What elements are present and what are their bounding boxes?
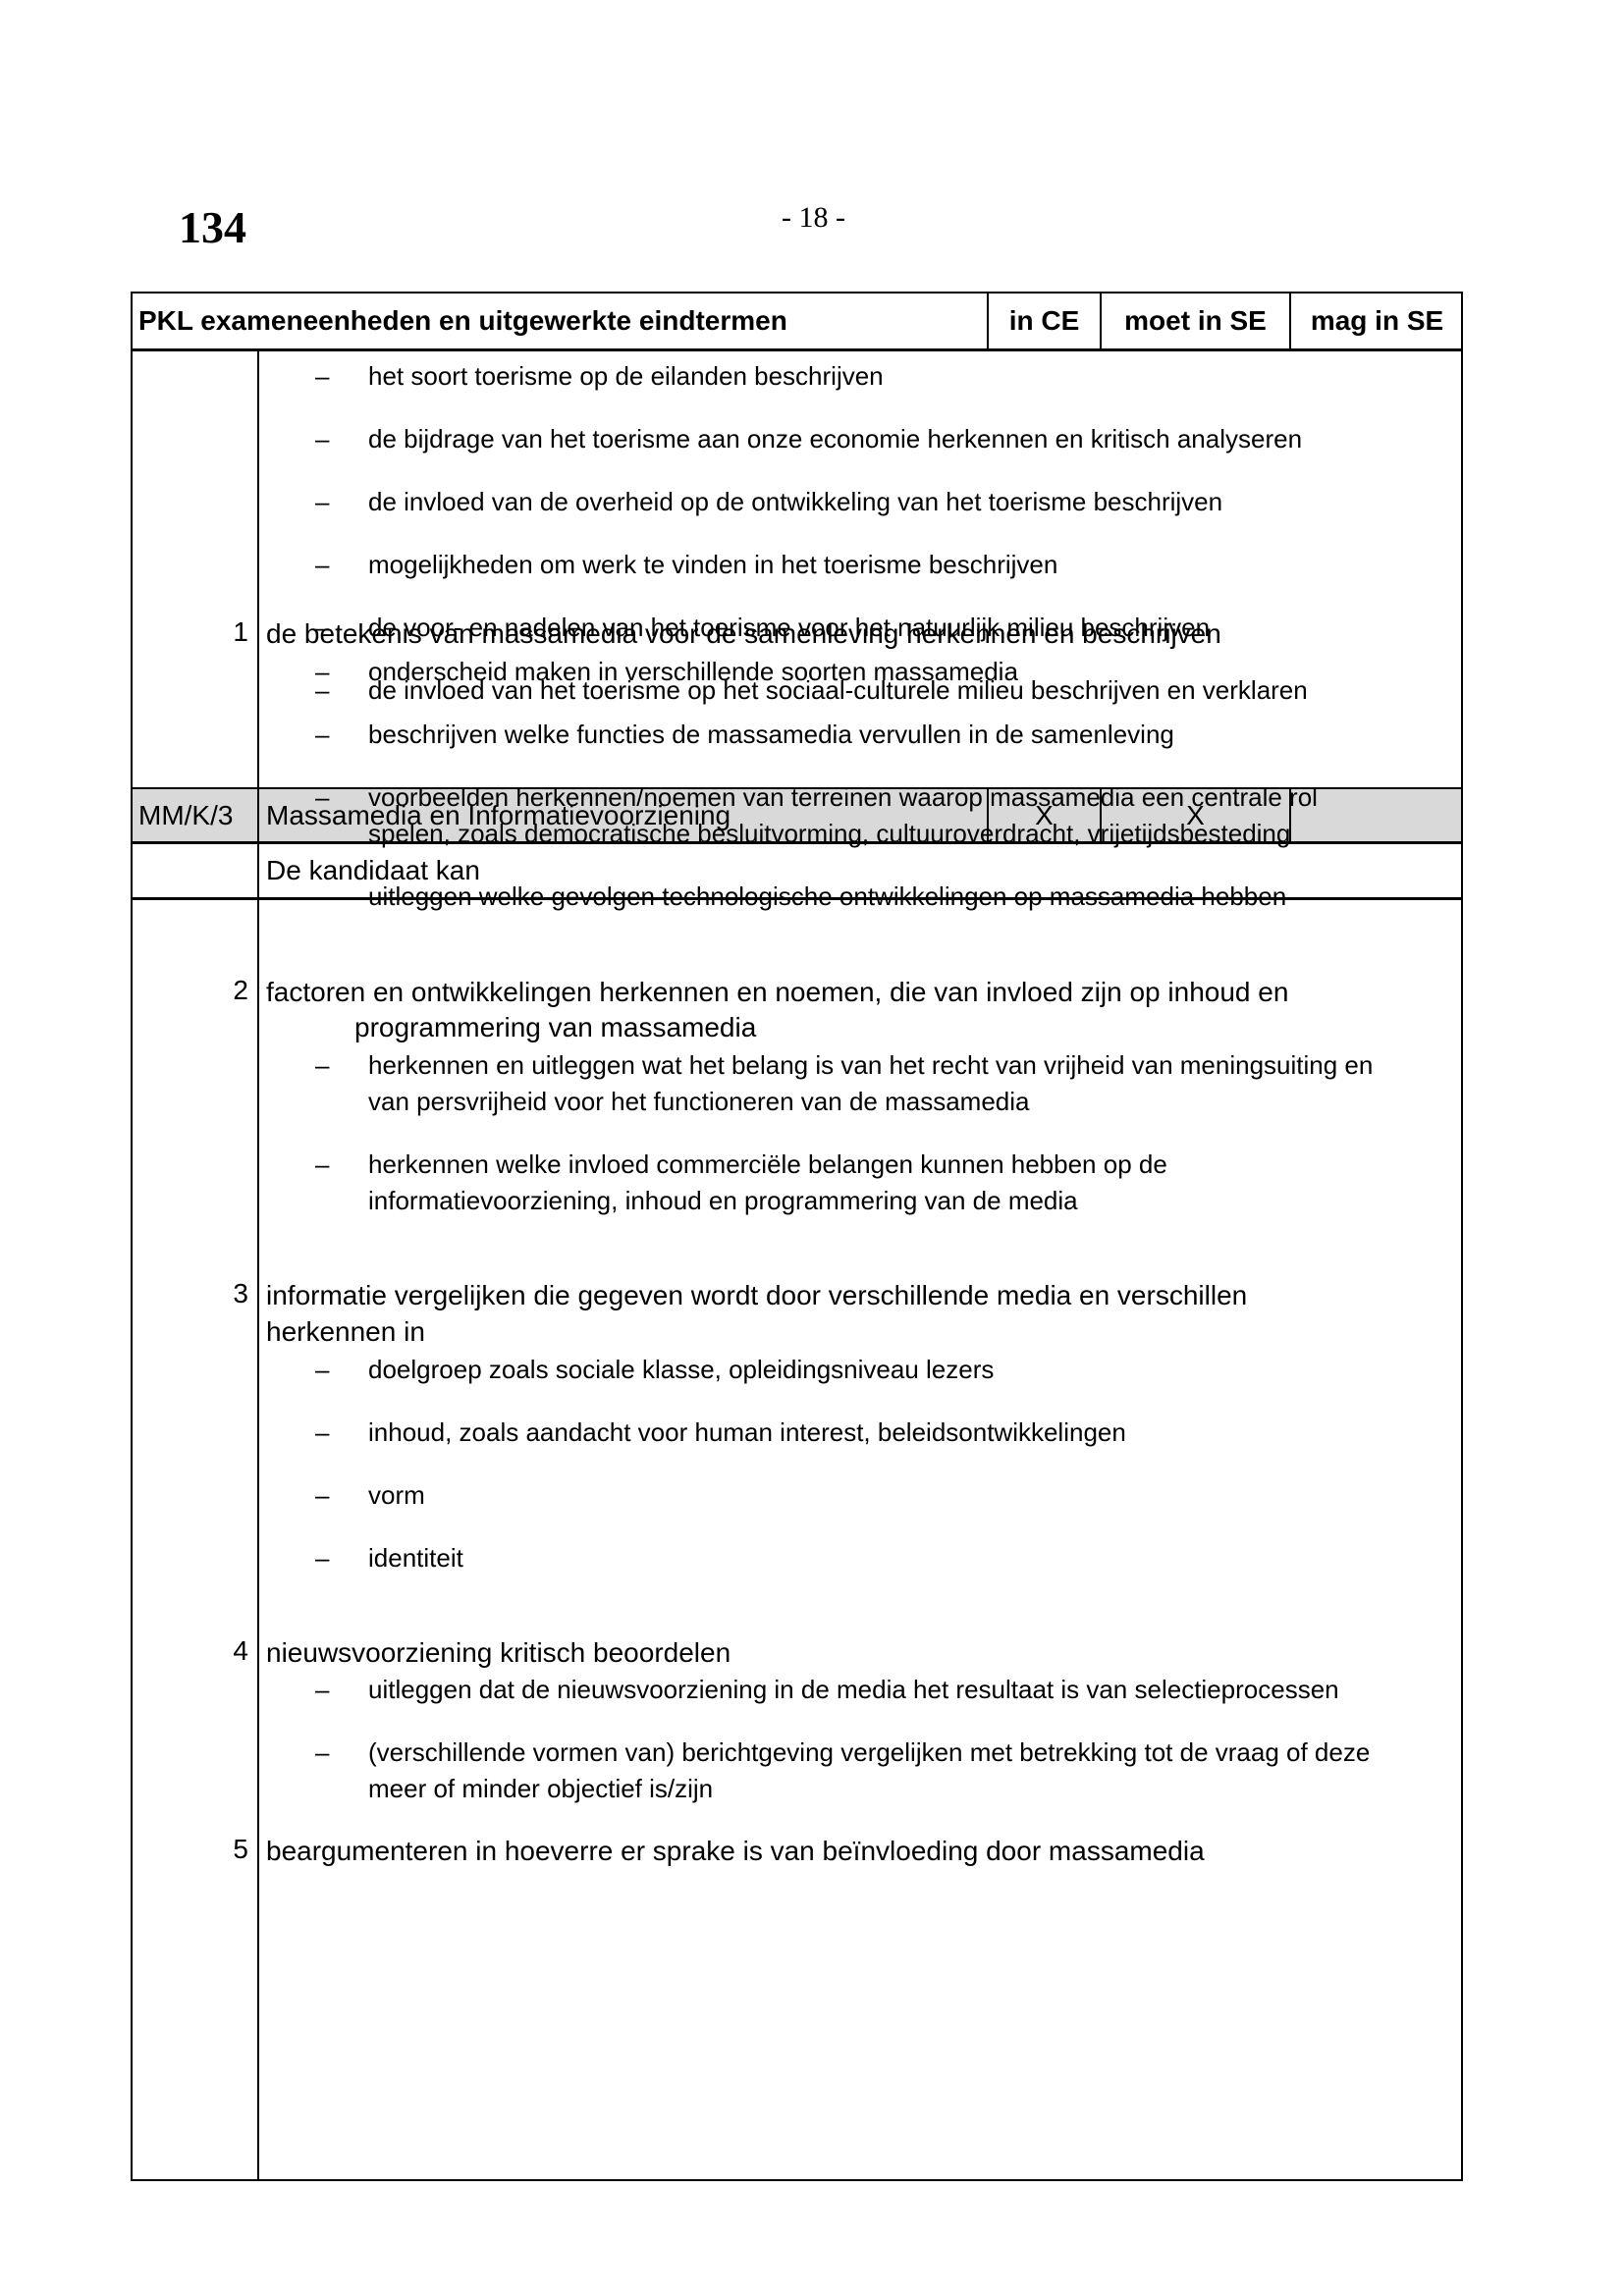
page-number: 134 [179,201,246,253]
dash-bullet: – [315,1352,335,1388]
sub-page-number: - 18 - [782,201,845,235]
dash-bullet: – [315,779,335,816]
item-title: de betekenis van massamedia voor de same… [266,616,1444,652]
dash-bullet: – [315,1477,335,1514]
header-mag-in-se: mag in SE [1291,294,1463,348]
eindtermen-table: PKL exameneenheden en uitgewerkte eindte… [131,292,1463,2181]
bullet-text: voorbeelden herkennen/noemen van terrein… [368,779,1448,816]
unit-code: MM/K/3 [138,789,256,841]
bullet-text: inhoud, zoals aandacht voor human intere… [368,1415,1448,1451]
item-number: 5 [133,1834,248,1865]
bullet-text: mogelijkheden om werk te vinden in het t… [368,547,1448,583]
dash-bullet: – [315,358,335,395]
dash-bullet: – [315,1735,335,1771]
item-title-cont: programmering van massamedia [266,1010,1533,1045]
dash-bullet: – [315,1415,335,1451]
bullet-text: beschrijven welke functies de massamedia… [368,717,1448,753]
bullet-text: de invloed van de overheid op de ontwikk… [368,484,1448,520]
bullet-text: herkennen welke invloed commerciële bela… [368,1147,1448,1183]
bullet-text: (verschillende vormen van) berichtgeving… [368,1735,1448,1771]
bullet-text: spelen, zoals democratische besluitvormi… [368,816,1448,852]
dash-bullet: – [315,654,335,690]
bullet-text: van persvrijheid voor het functioneren v… [368,1084,1448,1120]
bullet-text: vorm [368,1477,1448,1514]
bullet-text: het soort toerisme op de eilanden beschr… [368,358,1448,395]
dash-bullet: – [315,484,335,520]
header-in-ce: in CE [989,294,1100,348]
dash-bullet: – [315,879,335,915]
bullet-text: meer of minder objectief is/zijn [368,1771,1448,1807]
header-title: PKL exameneenheden en uitgewerkte eindte… [138,294,983,348]
dash-bullet: – [315,547,335,583]
item-number: 4 [133,1635,248,1667]
item-number: 3 [133,1278,248,1309]
bullet-text: doelgroep zoals sociale klasse, opleidin… [368,1352,1448,1388]
header-moet-in-se: moet in SE [1102,294,1289,348]
dash-bullet: – [315,421,335,457]
dash-bullet: – [315,1540,335,1576]
item-number: 1 [133,616,248,648]
item-title: nieuwsvoorziening kritisch beoordelen [266,1635,1444,1671]
item-title: factoren en ontwikkelingen herkennen en … [266,975,1444,1010]
item-title: beargumenteren in hoeverre er sprake is … [266,1834,1444,1869]
dash-bullet: – [315,717,335,753]
item-title: informatie vergelijken die gegeven wordt… [266,1278,1444,1313]
item-title-cont: herkennen in [266,1314,1444,1350]
table-header: PKL exameneenheden en uitgewerkte eindte… [133,294,1461,351]
bullet-text: identiteit [368,1540,1448,1576]
dash-bullet: – [315,1147,335,1183]
bullet-text: onderscheid maken in verschillende soort… [368,654,1448,690]
dash-bullet: – [315,1047,335,1084]
dash-bullet: – [315,1672,335,1708]
bullet-text: de bijdrage van het toerisme aan onze ec… [368,421,1448,457]
bullet-text: herkennen en uitleggen wat het belang is… [368,1047,1448,1084]
bullet-text: uitleggen dat de nieuwsvoorziening in de… [368,1672,1448,1708]
item-number: 2 [133,975,248,1006]
bullet-text: informatievoorziening, inhoud en program… [368,1183,1448,1219]
bullet-text: uitleggen welke gevolgen technologische … [368,879,1448,915]
